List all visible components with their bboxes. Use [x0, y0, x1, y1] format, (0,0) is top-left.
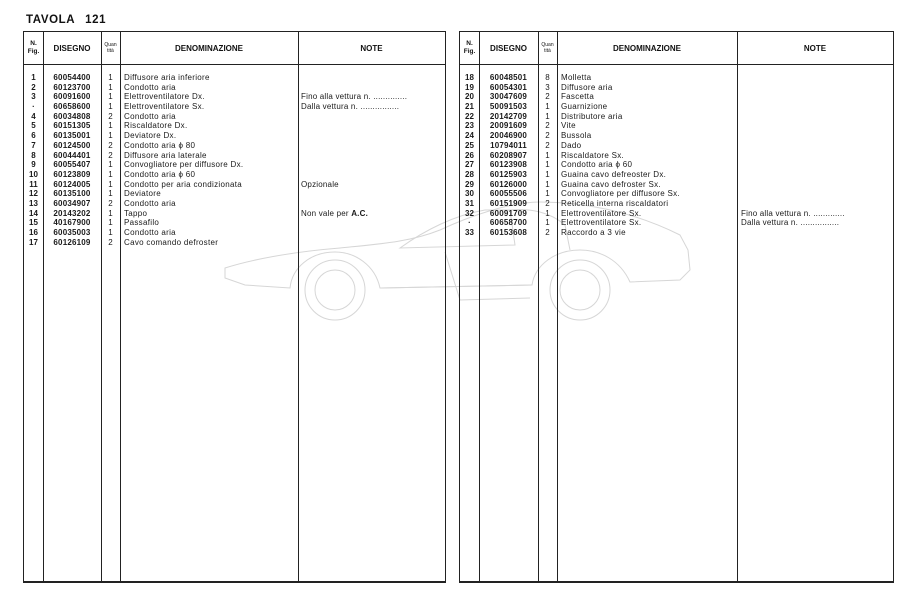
cell-quantita: 2 [538, 92, 557, 102]
parts-table-left: N. Fig. DISEGNO Quan tità DENOMINAZIONE … [23, 31, 446, 583]
cell-disegno: 60048501 [479, 73, 538, 83]
cell-quantita: 1 [538, 180, 557, 190]
cell-disegno: 60055506 [479, 189, 538, 199]
table-row: 11601240051Condotto per aria condizionat… [24, 180, 445, 190]
table-row: 17601261092Cavo comando defroster [24, 238, 445, 248]
cell-disegno: 60151909 [479, 199, 538, 209]
cell-quantita: 2 [538, 199, 557, 209]
cell-quantita: 1 [101, 218, 120, 228]
cell-disegno: 60091600 [43, 92, 101, 102]
cell-quantita: 1 [101, 209, 120, 219]
cell-disegno: 60054301 [479, 83, 538, 93]
table-row: 16600350031Condotto aria [24, 228, 445, 238]
cell-disegno: 40167900 [43, 218, 101, 228]
cell-quantita: 1 [538, 151, 557, 161]
cell-quantita: 1 [538, 189, 557, 199]
cell-denominazione: Riscaldatore Dx. [124, 121, 188, 131]
cell-disegno: 60044401 [43, 151, 101, 161]
cell-denominazione: Elettroventilatore Sx. [561, 209, 641, 219]
cell-disegno: 20091609 [479, 121, 538, 131]
header-denominazione: DENOMINAZIONE [120, 32, 298, 64]
cell-disegno: 60208907 [479, 151, 538, 161]
table-row: 23200916092Vite [460, 121, 893, 131]
table-row: 18600485018Molletta [460, 73, 893, 83]
cell-disegno: 20142709 [479, 112, 538, 122]
table-row: 21500915031Guarnizione [460, 102, 893, 112]
cell-note: Opzionale [301, 180, 339, 190]
cell-fig: 25 [460, 141, 479, 151]
cell-quantita: 2 [101, 238, 120, 248]
cell-disegno: 10794011 [479, 141, 538, 151]
cell-denominazione: Vite [561, 121, 576, 131]
cell-quantita: 1 [101, 92, 120, 102]
title-number: 121 [85, 14, 106, 26]
header-note: NOTE [737, 32, 893, 64]
cell-disegno: 60123700 [43, 83, 101, 93]
cell-fig: 21 [460, 102, 479, 112]
cell-quantita: 1 [538, 209, 557, 219]
cell-fig: 2 [24, 83, 43, 93]
table-row: 9600554071Convogliatore per diffusore Dx… [24, 160, 445, 170]
table-row: 27601239081Condotto aria ϕ 60 [460, 160, 893, 170]
cell-quantita: 8 [538, 73, 557, 83]
cell-denominazione: Convogliatore per diffusore Dx. [124, 160, 243, 170]
cell-disegno: 60035003 [43, 228, 101, 238]
cell-denominazione: Condotto aria ϕ 80 [124, 141, 195, 151]
table-row: 33601536082Raccordo a 3 vie [460, 228, 893, 238]
cell-quantita: 1 [538, 170, 557, 180]
table-row: 26602089071Riscaldatore Sx. [460, 151, 893, 161]
header-denominazione: DENOMINAZIONE [557, 32, 737, 64]
cell-fig: 3 [24, 92, 43, 102]
cell-disegno: 60123908 [479, 160, 538, 170]
cell-quantita: 1 [101, 73, 120, 83]
cell-denominazione: Guaina cavo defroster Sx. [561, 180, 661, 190]
cell-fig: 13 [24, 199, 43, 209]
cell-fig: 26 [460, 151, 479, 161]
table-row: 14201432021TappoNon vale per A.C. [24, 209, 445, 219]
cell-fig: 14 [24, 209, 43, 219]
cell-note: Dalla vettura n. ................ [301, 102, 399, 112]
table-row: 12601351001Deviatore [24, 189, 445, 199]
cell-disegno: 60055407 [43, 160, 101, 170]
cell-note: Fino alla vettura n. .............. [301, 92, 407, 102]
cell-disegno: 20143202 [43, 209, 101, 219]
cell-disegno: 60034907 [43, 199, 101, 209]
header-disegno: DISEGNO [43, 32, 101, 64]
cell-fig: 7 [24, 141, 43, 151]
cell-quantita: 1 [101, 180, 120, 190]
header-fig: N. Fig. [460, 32, 479, 64]
cell-fig: 28 [460, 170, 479, 180]
header-disegno: DISEGNO [479, 32, 538, 64]
cell-fig: 20 [460, 92, 479, 102]
table-row: 31601519092Reticella interna riscaldator… [460, 199, 893, 209]
cell-denominazione: Reticella interna riscaldatori [561, 199, 668, 209]
cell-disegno: 60054400 [43, 73, 101, 83]
cell-quantita: 1 [538, 112, 557, 122]
cell-note: Non vale per A.C. [301, 209, 368, 219]
cell-quantita: 2 [101, 141, 120, 151]
cell-fig: · [460, 218, 479, 228]
cell-disegno: 60658700 [479, 218, 538, 228]
table-row: ·606587001Elettroventilatore Sx.Dalla ve… [460, 218, 893, 228]
cell-denominazione: Dado [561, 141, 581, 151]
cell-denominazione: Elettroventilatore Sx. [561, 218, 641, 228]
cell-quantita: 1 [101, 160, 120, 170]
cell-quantita: 1 [538, 218, 557, 228]
cell-denominazione: Condotto aria [124, 83, 176, 93]
cell-denominazione: Elettroventilatore Dx. [124, 92, 205, 102]
cell-quantita: 1 [101, 228, 120, 238]
header-fig: N. Fig. [24, 32, 43, 64]
cell-fig: 19 [460, 83, 479, 93]
cell-disegno: 60151305 [43, 121, 101, 131]
cell-disegno: 60091709 [479, 209, 538, 219]
table-row: 24200469002Bussola [460, 131, 893, 141]
cell-fig: 10 [24, 170, 43, 180]
cell-denominazione: Tappo [124, 209, 147, 219]
table-row: 2601237001Condotto aria [24, 83, 445, 93]
cell-fig: 17 [24, 238, 43, 248]
cell-fig: 1 [24, 73, 43, 83]
cell-denominazione: Condotto aria ϕ 60 [561, 160, 632, 170]
table-row: 13600349072Condotto aria [24, 199, 445, 209]
cell-fig: · [24, 102, 43, 112]
table-row: 5601513051Riscaldatore Dx. [24, 121, 445, 131]
cell-disegno: 20046900 [479, 131, 538, 141]
cell-quantita: 1 [538, 102, 557, 112]
cell-denominazione: Cavo comando defroster [124, 238, 218, 248]
cell-fig: 18 [460, 73, 479, 83]
cell-disegno: 60034808 [43, 112, 101, 122]
cell-quantita: 2 [538, 141, 557, 151]
cell-denominazione: Diffusore aria laterale [124, 151, 207, 161]
cell-quantita: 1 [101, 102, 120, 112]
table-row: 22201427091Distributore aria [460, 112, 893, 122]
cell-quantita: 3 [538, 83, 557, 93]
cell-denominazione: Elettroventilatore Sx. [124, 102, 204, 112]
cell-quantita: 1 [101, 83, 120, 93]
table-row: 20300476092Fascetta [460, 92, 893, 102]
cell-denominazione: Condotto per aria condizionata [124, 180, 242, 190]
cell-denominazione: Diffusore aria [561, 83, 613, 93]
header-quantita: Quan tità [538, 32, 557, 64]
cell-note: Fino alla vettura n. ............. [741, 209, 845, 219]
cell-denominazione: Deviatore [124, 189, 161, 199]
cell-denominazione: Diffusore aria inferiore [124, 73, 210, 83]
table-row: 28601259031Guaina cavo defreoster Dx. [460, 170, 893, 180]
table-row: 6601350011Deviatore Dx. [24, 131, 445, 141]
table-row: 32600917091Elettroventilatore Sx.Fino al… [460, 209, 893, 219]
cell-fig: 12 [24, 189, 43, 199]
cell-fig: 31 [460, 199, 479, 209]
cell-quantita: 1 [101, 189, 120, 199]
cell-fig: 24 [460, 131, 479, 141]
table-row: 29601260001Guaina cavo defroster Sx. [460, 180, 893, 190]
cell-fig: 5 [24, 121, 43, 131]
cell-disegno: 60125903 [479, 170, 538, 180]
cell-quantita: 2 [101, 199, 120, 209]
cell-fig: 9 [24, 160, 43, 170]
cell-denominazione: Condotto aria [124, 199, 176, 209]
cell-note: Dalla vettura n. ................ [741, 218, 839, 228]
cell-denominazione: Condotto aria ϕ 60 [124, 170, 195, 180]
cell-fig: 32 [460, 209, 479, 219]
cell-disegno: 60126109 [43, 238, 101, 248]
cell-denominazione: Convogliatore per diffusore Sx. [561, 189, 680, 199]
cell-disegno: 60124005 [43, 180, 101, 190]
cell-denominazione: Condotto aria [124, 228, 176, 238]
cell-disegno: 60135001 [43, 131, 101, 141]
table-row: 30600555061Convogliatore per diffusore S… [460, 189, 893, 199]
rows-left: 1600544001Diffusore aria inferiore260123… [24, 73, 445, 247]
cell-denominazione: Molletta [561, 73, 591, 83]
cell-fig: 4 [24, 112, 43, 122]
cell-fig: 8 [24, 151, 43, 161]
cell-disegno: 60153608 [479, 228, 538, 238]
cell-quantita: 2 [538, 131, 557, 141]
cell-quantita: 2 [538, 121, 557, 131]
cell-fig: 29 [460, 180, 479, 190]
table-row: 4600348082Condotto aria [24, 112, 445, 122]
cell-disegno: 50091503 [479, 102, 538, 112]
cell-quantita: 1 [101, 131, 120, 141]
cell-denominazione: Distributore aria [561, 112, 623, 122]
cell-fig: 11 [24, 180, 43, 190]
table-row: 10601238091Condotto aria ϕ 60 [24, 170, 445, 180]
cell-quantita: 2 [538, 228, 557, 238]
cell-quantita: 2 [101, 151, 120, 161]
cell-denominazione: Riscaldatore Sx. [561, 151, 624, 161]
table-row: 3600916001Elettroventilatore Dx.Fino all… [24, 92, 445, 102]
table-row: 15401679001Passafilo [24, 218, 445, 228]
cell-fig: 33 [460, 228, 479, 238]
cell-denominazione: Raccordo a 3 vie [561, 228, 626, 238]
cell-quantita: 2 [101, 112, 120, 122]
cell-denominazione: Condotto aria [124, 112, 176, 122]
rows-right: 18600485018Molletta19600543013Diffusore … [460, 73, 893, 238]
cell-fig: 27 [460, 160, 479, 170]
cell-fig: 30 [460, 189, 479, 199]
table-row: 19600543013Diffusore aria [460, 83, 893, 93]
cell-denominazione: Bussola [561, 131, 592, 141]
table-row: 8600444012Diffusore aria laterale [24, 151, 445, 161]
cell-fig: 16 [24, 228, 43, 238]
cell-quantita: 1 [101, 121, 120, 131]
table-row: 1600544001Diffusore aria inferiore [24, 73, 445, 83]
cell-quantita: 1 [101, 170, 120, 180]
parts-table-right: N. Fig. DISEGNO Quan tità DENOMINAZIONE … [459, 31, 894, 583]
cell-disegno: 30047609 [479, 92, 538, 102]
cell-fig: 15 [24, 218, 43, 228]
cell-denominazione: Guaina cavo defreoster Dx. [561, 170, 666, 180]
page-title: TAVOLA121 [26, 14, 106, 26]
header-note: NOTE [298, 32, 445, 64]
table-row: 7601245002Condotto aria ϕ 80 [24, 141, 445, 151]
cell-fig: 23 [460, 121, 479, 131]
cell-denominazione: Deviatore Dx. [124, 131, 176, 141]
cell-disegno: 60124500 [43, 141, 101, 151]
cell-disegno: 60123809 [43, 170, 101, 180]
title-word: TAVOLA [26, 14, 75, 26]
cell-fig: 6 [24, 131, 43, 141]
cell-disegno: 60658600 [43, 102, 101, 112]
cell-disegno: 60135100 [43, 189, 101, 199]
cell-disegno: 60126000 [479, 180, 538, 190]
cell-denominazione: Fascetta [561, 92, 594, 102]
table-row: ·606586001Elettroventilatore Sx.Dalla ve… [24, 102, 445, 112]
cell-quantita: 1 [538, 160, 557, 170]
header-quantita: Quan tità [101, 32, 120, 64]
table-row: 25107940112Dado [460, 141, 893, 151]
cell-fig: 22 [460, 112, 479, 122]
cell-denominazione: Passafilo [124, 218, 159, 228]
cell-denominazione: Guarnizione [561, 102, 607, 112]
